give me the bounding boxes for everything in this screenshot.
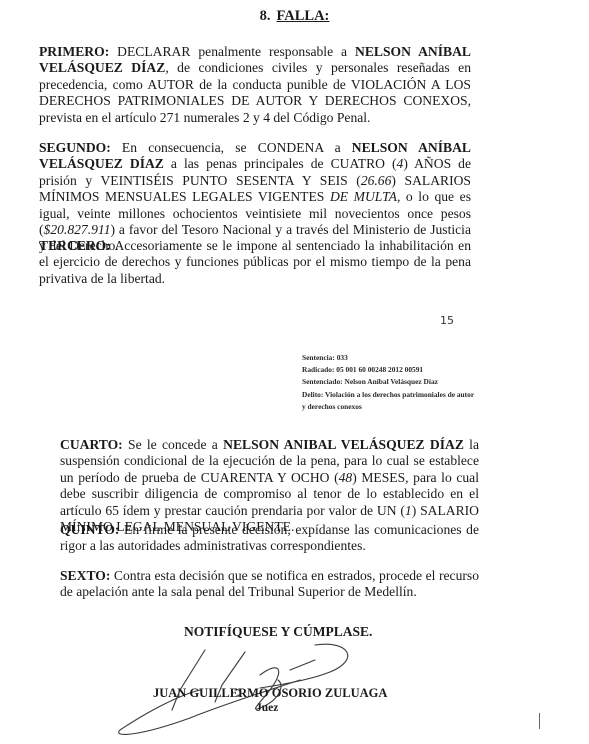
case-header-line: Sentenciado: Nelson Aníbal Velásquez Día… (302, 376, 474, 388)
paragraph-cuarto: CUARTO: Se le concede a NELSON ANIBAL VE… (60, 437, 479, 535)
paragraph-primero: PRIMERO: DECLARAR penalmente responsable… (39, 44, 471, 126)
section-heading: FALLA: (276, 8, 329, 24)
judge-role: Juez (256, 702, 278, 714)
label-quinto: QUINTO: (60, 522, 119, 537)
text: En firme la presente decisión, expídanse… (60, 522, 479, 553)
label-sexto: SEXTO: (60, 568, 110, 583)
months-number: 48 (339, 470, 353, 485)
label-primero: PRIMERO: (39, 44, 109, 59)
text: DECLARAR penalmente responsable a (109, 44, 355, 59)
text: Contra esta decisión que se notifica en … (60, 568, 479, 599)
label-tercero: TERCERO: (39, 238, 111, 253)
case-header-line: Sentencia: 033 (302, 352, 474, 364)
text-cursor (539, 713, 540, 729)
label-segundo: SEGUNDO: (39, 140, 111, 155)
signature-icon (110, 630, 370, 740)
case-header-line: Radicado: 05 001 60 00248 2012 00591 (302, 364, 474, 376)
paragraph-quinto: QUINTO: En firme la presente decisión, e… (60, 522, 479, 555)
text: a las penas principales de CUATRO ( (164, 156, 397, 171)
case-header-line: Delito: Violación a los derechos patrimo… (302, 389, 474, 401)
section-number: 8. (260, 8, 271, 24)
page-number: 15 (440, 314, 454, 327)
case-header: Sentencia: 033 Radicado: 05 001 60 00248… (302, 352, 474, 413)
paragraph-tercero: TERCERO: Accesoriamente se le impone al … (39, 238, 471, 287)
closing-formula: NOTIFÍQUESE Y CÚMPLASE. (184, 624, 372, 640)
fine-amount: $20.827.911 (44, 222, 111, 237)
label-cuarto: CUARTO: (60, 437, 123, 452)
fine-label: DE MULTA (330, 189, 397, 204)
defendant-name: NELSON ANIBAL VELÁSQUEZ DÍAZ (223, 437, 464, 452)
section-title: 8.FALLA: (0, 8, 589, 25)
paragraph-sexto: SEXTO: Contra esta decisión que se notif… (60, 568, 479, 601)
text: En consecuencia, se CONDENA a (111, 140, 352, 155)
salary-number: 1 (405, 503, 412, 518)
text: Se le concede a (123, 437, 223, 452)
judge-name: JUAN GUILLERMO OSORIO ZULUAGA (153, 686, 387, 701)
case-header-line: y derechos conexos (302, 401, 474, 413)
salary-number: 26.66 (361, 173, 392, 188)
